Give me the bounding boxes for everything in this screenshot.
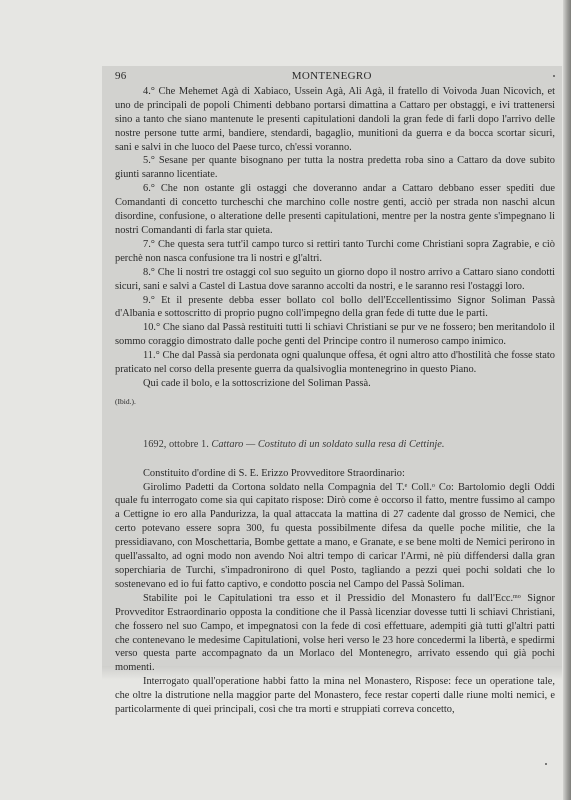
heading-place: Cattaro — [211, 439, 243, 450]
page-number: 96 — [115, 70, 127, 84]
article-item: 4.° Che Mehemet Agà di Xabiaco, Ussein A… — [115, 85, 555, 155]
article-text: Et il presente debba esser bollato col b… — [115, 295, 555, 320]
heading-subject: Costituto di un soldato sulla resa di Ce… — [258, 439, 445, 450]
text-run: Girolimo Padetti da Cortona soldato nell… — [143, 482, 405, 493]
article-number: 8.° — [143, 267, 155, 278]
article-text: Che li nostri tre ostaggi col suo seguit… — [115, 267, 555, 292]
document-intro: Constituito d'ordine di S. E. Erizzo Pro… — [115, 467, 555, 481]
running-head: 96 MONTENEGRO — [115, 70, 555, 84]
document-paragraph: Stabilite poi le Capitulationi tra esso … — [115, 592, 555, 675]
article-item: 9.° Et il presente debba esser bollato c… — [115, 294, 555, 322]
article-text: Che Mehemet Agà di Xabiaco, Ussein Agà, … — [115, 86, 555, 153]
text-run: Stabilite poi le Capitulationi tra esso … — [143, 593, 513, 604]
article-number: 6.° — [143, 183, 155, 194]
article-number: 7.° — [143, 239, 155, 250]
article-text: Che questa sera tutt'il campo turco si r… — [115, 239, 555, 264]
page-body: 96 MONTENEGRO 4.° Che Mehemet Agà di Xab… — [115, 70, 555, 717]
speck — [545, 763, 547, 765]
heading-date: 1692, ottobre 1. — [143, 439, 209, 450]
article-item: 7.° Che questa sera tutt'il campo turco … — [115, 238, 555, 266]
text-run: Co: Bartolomio degli Oddi quale fu inter… — [115, 482, 555, 590]
closing-line: Qui cade il bolo, e la sottoscrizione de… — [115, 377, 555, 391]
article-list: 4.° Che Mehemet Agà di Xabiaco, Ussein A… — [115, 85, 555, 377]
document-paragraph: Interrogato quall'operatione habbi fatto… — [115, 675, 555, 717]
heading-dash: — — [246, 439, 255, 450]
article-item: 6.° Che non ostante gli ostaggi che dove… — [115, 182, 555, 238]
article-number: 5.° — [143, 155, 155, 166]
article-text: Sesane per quante bisognano per tutta la… — [115, 155, 555, 180]
article-item: 8.° Che li nostri tre ostaggi col suo se… — [115, 266, 555, 294]
superscript: mo — [513, 594, 521, 600]
article-number: 4.° — [143, 86, 155, 97]
article-text: Che dal Passà sia perdonata ogni qualunq… — [115, 350, 555, 375]
text-run: Signor Provveditor Estraordinario oppost… — [115, 593, 555, 674]
article-number: 9.° — [143, 295, 155, 306]
source-note: (Ibid.). — [115, 395, 555, 409]
text-run: Coll. — [407, 482, 432, 493]
running-title: MONTENEGRO — [127, 70, 537, 84]
article-text: Che non ostante gli ostaggi che doverann… — [115, 183, 555, 236]
article-number: 10.° — [143, 322, 160, 333]
article-item: 11.° Che dal Passà sia perdonata ogni qu… — [115, 349, 555, 377]
article-item: 10.° Che siano dal Passà restituiti tutt… — [115, 321, 555, 349]
document-paragraph: Girolimo Padetti da Cortona soldato nell… — [115, 481, 555, 592]
article-text: Che siano dal Passà restituiti tutti li … — [115, 322, 555, 347]
article-number: 11.° — [143, 350, 160, 361]
page-edge — [563, 0, 571, 800]
document-heading: 1692, ottobre 1. Cattaro — Costituto di … — [115, 438, 555, 452]
article-item: 5.° Sesane per quante bisognano per tutt… — [115, 154, 555, 182]
